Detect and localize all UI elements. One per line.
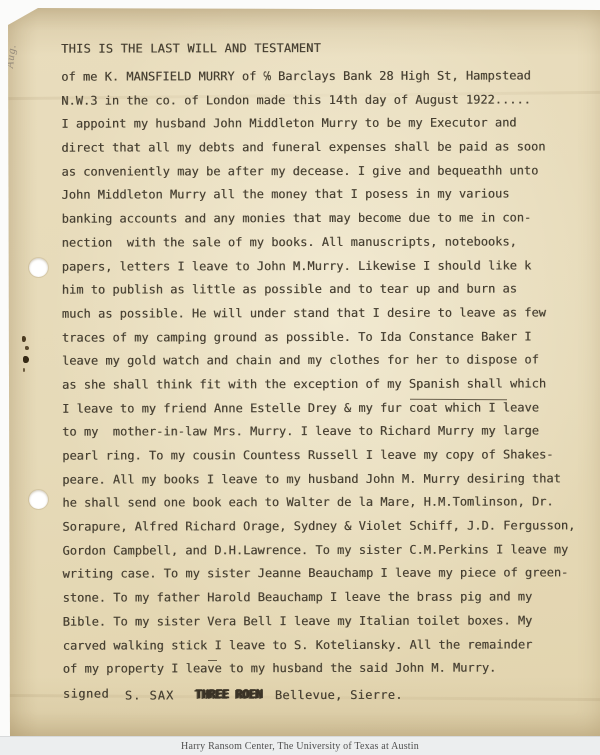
- archive-credit-text: Harry Ransom Center, The University of T…: [181, 741, 419, 752]
- typed-line: leave my gold watch and chain and my clo…: [62, 349, 592, 374]
- ink-speck: [23, 368, 25, 372]
- typed-line: N.W.3 in the co. of London made this 14t…: [61, 88, 591, 113]
- typed-line: banking accounts and any monies that may…: [62, 206, 592, 231]
- typed-line: writing case. To my sister Jeanne Beauch…: [63, 562, 593, 587]
- typed-line: he shall send one book each to Walter de…: [62, 491, 592, 516]
- typed-line: carved walking stick I leave to S. Kotel…: [63, 633, 593, 658]
- typed-line: peare. All my books I leave to my husban…: [62, 467, 592, 492]
- typed-line: I leave to my friend Anne Estelle Drey &…: [62, 396, 592, 421]
- typed-line: much as possible. He will under stand th…: [62, 301, 592, 326]
- typed-line: direct that all my debts and funeral exp…: [61, 135, 591, 160]
- scanned-document: Aug. THIS IS THE LAST WILL AND TESTAMENT…: [0, 0, 600, 755]
- archive-footer-strip: Harry Ransom Center, The University of T…: [0, 736, 600, 755]
- signature-overstruck-text: THREE ROEN: [195, 683, 262, 707]
- typed-line: of my property I leave to my husband the…: [63, 656, 593, 681]
- typed-line: Sorapure, Alfred Richard Orage, Sydney &…: [62, 514, 592, 539]
- will-page-paper: Aug. THIS IS THE LAST WILL AND TESTAMENT…: [8, 8, 600, 737]
- signature-name: S. SAX: [125, 684, 174, 708]
- typed-line: John Middleton Murry all the money that …: [62, 183, 592, 208]
- ink-speck: [22, 336, 26, 342]
- punch-hole-top: [29, 258, 48, 277]
- typed-line: to my mother-in-law Mrs. Murry. I leave …: [62, 420, 592, 445]
- typed-line: of me K. MANSFIELD MURRY of ℅ Barclays B…: [61, 64, 591, 89]
- will-title-line: THIS IS THE LAST WILL AND TESTAMENT: [61, 35, 591, 60]
- vera-underline: [208, 660, 217, 661]
- typed-line: traces of my camping ground as possible.…: [62, 325, 592, 350]
- pencil-margin-note: Aug.: [4, 43, 19, 69]
- signed-label: signed: [63, 682, 109, 706]
- ink-speck: [23, 356, 29, 363]
- signature-line: signed S. SAX THREE ROEN Bellevue, Sierr…: [63, 680, 593, 705]
- signature-place: Bellevue, Sierre.: [275, 684, 403, 708]
- typed-line: stone. To my father Harold Beauchamp I l…: [63, 585, 593, 610]
- typed-line: Gordon Campbell, and D.H.Lawrence. To my…: [62, 538, 592, 563]
- typed-line: as she shall think fit with the exceptio…: [62, 372, 592, 397]
- typed-line: him to publish as little as possible and…: [62, 277, 592, 302]
- ink-speck: [25, 346, 29, 350]
- typed-line: nection with the sale of my books. All m…: [62, 230, 592, 255]
- typed-line: pearl ring. To my cousin Countess Russel…: [62, 443, 592, 468]
- typed-line: Bible. To my sister Vera Bell I leave my…: [63, 609, 593, 634]
- typed-text-block: THIS IS THE LAST WILL AND TESTAMENT of m…: [61, 35, 593, 705]
- typed-line: as conveniently may be after my decease.…: [61, 159, 591, 184]
- typed-line: papers, letters I leave to John M.Murry.…: [62, 254, 592, 279]
- punch-hole-bottom: [29, 490, 48, 509]
- typed-line: I appoint my husband John Middleton Murr…: [61, 112, 591, 137]
